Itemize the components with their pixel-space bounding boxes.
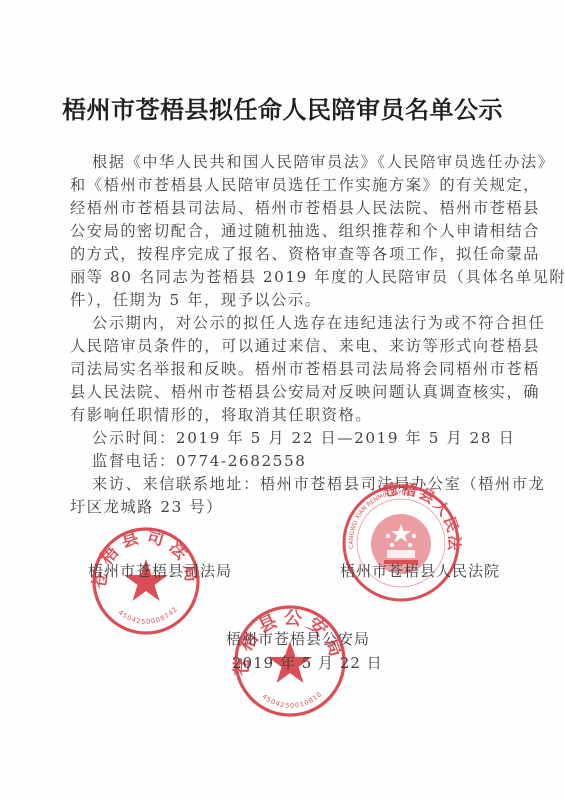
- svg-text:4504250008742: 4504250008742: [117, 605, 180, 626]
- contact-address-line-1: 来访、来信联系地址：梧州市苍梧县司法局办公室（梧州市龙: [92, 475, 532, 493]
- paragraph-1-line-4: 公安局的密切配合，通过随机抽选、组织推荐和个人申请相结合: [70, 222, 510, 240]
- signature-date: 2019 年 5 月 22 日: [232, 652, 383, 673]
- court-seal-icon: 苍梧县人民法院 CANGWU XIAN RENMIN FAYUAN: [340, 482, 462, 604]
- judicial-bureau-seal-icon: 苍梧县司法局 4504250008742: [90, 525, 202, 637]
- paragraph-2-line-4: 县人民法院、梧州市苍梧县公安局对反映问题认真调查核实，确: [70, 383, 510, 401]
- svg-text:4504250010810: 4504250010810: [261, 690, 324, 710]
- court-signature: 梧州市苍梧县人民法院: [340, 560, 500, 581]
- supervision-hotline: 监督电话：0774-2682558: [92, 452, 532, 470]
- paragraph-2-line-2: 人民陪审员条件的，可以通过来信、来电、来访等形式向苍梧县: [70, 337, 510, 355]
- paragraph-1-line-6: 丽等 80 名同志为苍梧县 2019 年度的人民陪审员（具体名单见附: [70, 268, 510, 286]
- document-title: 梧州市苍梧县拟任命人民陪审员名单公示: [0, 90, 565, 125]
- judicial-bureau-signature: 梧州市苍梧县司法局: [88, 560, 232, 581]
- paragraph-1-line-5: 的方式，按程序完成了报名、资格审查等各项工作，拟任命蒙品: [70, 245, 510, 263]
- paragraph-2-line-3: 司法局实名举报和反映。梧州市苍梧县司法局将会同梧州市苍梧: [70, 360, 510, 378]
- paragraph-1-line-7: 件），任期为 5 年，现予以公示。: [70, 291, 510, 309]
- paragraph-2-line-5: 有影响任职情形的，将取消其任职资格。: [70, 406, 510, 424]
- document-page: 梧州市苍梧县拟任命人民陪审员名单公示 根据《中华人民共和国人民陪审员法》《人民陪…: [0, 0, 565, 800]
- paragraph-1-line-2: 和《梧州市苍梧县人民陪审员选任工作实施方案》的有关规定，: [70, 176, 510, 194]
- paragraph-2-line-1: 公示期内，对公示的拟任人选存在违纪违法行为或不符合担任: [92, 314, 532, 332]
- notice-period: 公示时间：2019 年 5 月 22 日—2019 年 5 月 28 日: [92, 429, 532, 447]
- paragraph-1-line-1: 根据《中华人民共和国人民陪审员法》《人民陪审员选任办法》: [92, 153, 532, 171]
- paragraph-1-line-3: 经梧州市苍梧县司法局、梧州市苍梧县人民法院、梧州市苍梧县: [70, 199, 510, 217]
- police-bureau-signature: 梧州市苍梧县公安局: [226, 628, 370, 649]
